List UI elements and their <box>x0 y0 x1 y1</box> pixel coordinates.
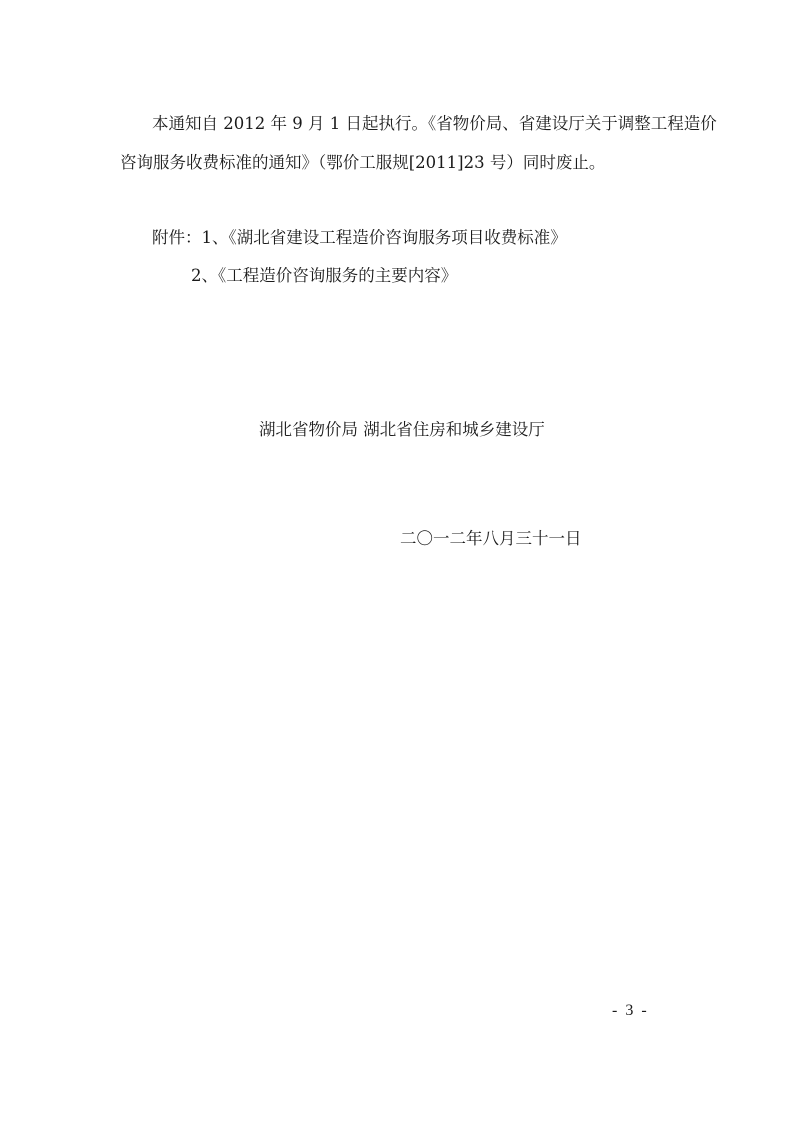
issuing-authorities: 湖北省物价局 湖北省住房和城乡建设厅 <box>259 420 545 440</box>
attachment-item-1: 附件：1、《湖北省建设工程造价咨询服务项目收费标准》 <box>152 228 567 248</box>
attachment-item-2: 2、《工程造价咨询服务的主要内容》 <box>191 266 457 286</box>
body-paragraph-line-2: 咨询服务收费标准的通知》（鄂价工服规[2011]23 号）同时废止。 <box>120 153 605 173</box>
body-paragraph-line-1: 本通知自 2012 年 9 月 1 日起执行。《省物价局、省建设厅关于调整工程造… <box>152 114 717 134</box>
page-number: - 3 - <box>612 1002 649 1020</box>
issue-date: 二〇一二年八月三十一日 <box>400 529 582 549</box>
